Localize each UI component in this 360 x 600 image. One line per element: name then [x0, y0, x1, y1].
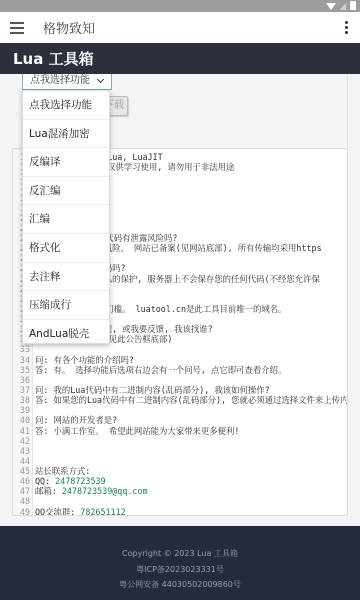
- line-number: 49: [13, 507, 32, 516]
- line-text: 站长联系方式:: [32, 466, 90, 476]
- dropdown-option[interactable]: 压缩成行: [23, 291, 109, 320]
- line-number: 39: [13, 405, 32, 415]
- contact-value: 2478723539: [55, 476, 105, 486]
- code-line: 38答: 如果您的Lua代码中有二进制内容(乱码部分), 您就必须通过选择文件来…: [13, 395, 348, 405]
- line-text: [32, 375, 35, 385]
- line-number: 38: [13, 395, 32, 405]
- contact-value: 2478723539@qq.com: [62, 486, 148, 496]
- line-number: 42: [13, 436, 32, 446]
- dropdown-option[interactable]: 去注释: [23, 263, 109, 292]
- dropdown-option[interactable]: 格式化: [23, 234, 109, 263]
- function-dropdown-menu: 点我选择功能Lua混淆加密反编译反汇编汇编格式化去注释压缩成行AndLua脱壳: [22, 90, 110, 344]
- line-text: [32, 405, 35, 415]
- site-footer: Copyright © 2023 Lua 工具箱 粤ICP备2023023331…: [0, 526, 360, 600]
- line-text: [32, 496, 35, 506]
- code-line: 46QQ: 2478723539: [13, 476, 348, 486]
- line-number: 48: [13, 496, 32, 506]
- site-title: Lua 工具箱: [13, 48, 94, 69]
- line-text: 问: 有各个功能的介绍吗?: [32, 355, 134, 365]
- line-text: [32, 436, 35, 446]
- battery-icon: [350, 1, 356, 10]
- chevron-down-icon: [97, 76, 104, 83]
- line-text: QQ交流群: 782651112: [32, 507, 126, 516]
- line-text: 答: 有。 选择功能后选项右边会有一个问号, 点它即可查看介绍。: [32, 365, 286, 375]
- line-number: 44: [13, 456, 32, 466]
- dropdown-option[interactable]: AndLua脱壳: [23, 320, 109, 349]
- code-line: 40问: 网站的开发者是?: [13, 415, 348, 425]
- line-text: 答: 如果您的Lua代码中有二进制内容(乱码部分), 您就必须通过选择文件来上传…: [32, 395, 348, 405]
- code-line: 43: [13, 446, 348, 456]
- menu-icon[interactable]: [10, 22, 24, 34]
- copyright-text: Copyright © 2023 Lua 工具箱: [0, 546, 360, 562]
- contact-value: 782651112: [80, 507, 125, 516]
- line-text: 邮箱: 2478723539@qq.com: [32, 486, 148, 496]
- line-number: 34: [13, 355, 32, 365]
- line-number: 37: [13, 385, 32, 395]
- dropdown-option[interactable]: 反汇编: [23, 177, 109, 206]
- line-text: QQ: 2478723539: [32, 476, 106, 486]
- line-text: 问: 我的Lua代码中有二进制内容(乱码部分), 我该如何操作?: [32, 385, 270, 395]
- code-line: 36: [13, 375, 348, 385]
- more-options-icon[interactable]: [345, 21, 348, 34]
- dropdown-option[interactable]: 点我选择功能: [23, 91, 109, 120]
- dropdown-option[interactable]: 反编译: [23, 148, 109, 177]
- code-line: 34问: 有各个功能的介绍吗?: [13, 355, 348, 365]
- code-line: 47邮箱: 2478723539@qq.com: [13, 486, 348, 496]
- line-number: 35: [13, 365, 32, 375]
- site-header: Lua 工具箱: [0, 43, 360, 74]
- line-number: 47: [13, 486, 32, 496]
- line-text: 答: 小满工作室。 希望此网站能为大家带来更多便利!: [32, 426, 239, 436]
- select-value: 点我选择功能: [30, 75, 90, 86]
- icp-link[interactable]: 粤ICP备2023023331号: [0, 562, 360, 578]
- status-bar: [0, 0, 360, 12]
- dropdown-option[interactable]: Lua混淆加密: [23, 120, 109, 149]
- line-number: 36: [13, 375, 32, 385]
- code-line: 41答: 小满工作室。 希望此网站能为大家带来更多便利!: [13, 426, 348, 436]
- line-text: [32, 446, 35, 456]
- function-select[interactable]: 点我选择功能: [22, 74, 112, 90]
- line-number: 40: [13, 415, 32, 425]
- code-line: 48: [13, 496, 348, 506]
- line-text: 问: 网站的开发者是?: [32, 415, 117, 425]
- code-line: 42: [13, 436, 348, 446]
- code-line: 37问: 我的Lua代码中有二进制内容(乱码部分), 我该如何操作?: [13, 385, 348, 395]
- line-number: 41: [13, 426, 32, 436]
- dropdown-option[interactable]: 汇编: [23, 205, 109, 234]
- app-bar: 格物致知: [0, 12, 360, 43]
- code-line: 45站长联系方式:: [13, 466, 348, 476]
- line-text: [32, 456, 35, 466]
- code-line: 35答: 有。 选择功能后选项右边会有一个问号, 点它即可查看介绍。: [13, 365, 348, 375]
- wifi-icon: [326, 3, 336, 10]
- app-title: 格物致知: [43, 18, 95, 37]
- signal-icon: [340, 2, 346, 10]
- line-number: 43: [13, 446, 32, 456]
- line-number: 46: [13, 476, 32, 486]
- code-line: 49QQ交流群: 782651112: [13, 507, 348, 516]
- code-line: 39: [13, 405, 348, 415]
- line-number: 45: [13, 466, 32, 476]
- police-record-link[interactable]: 粤公网安备 44030502009860号: [0, 577, 360, 593]
- code-line: 44: [13, 456, 348, 466]
